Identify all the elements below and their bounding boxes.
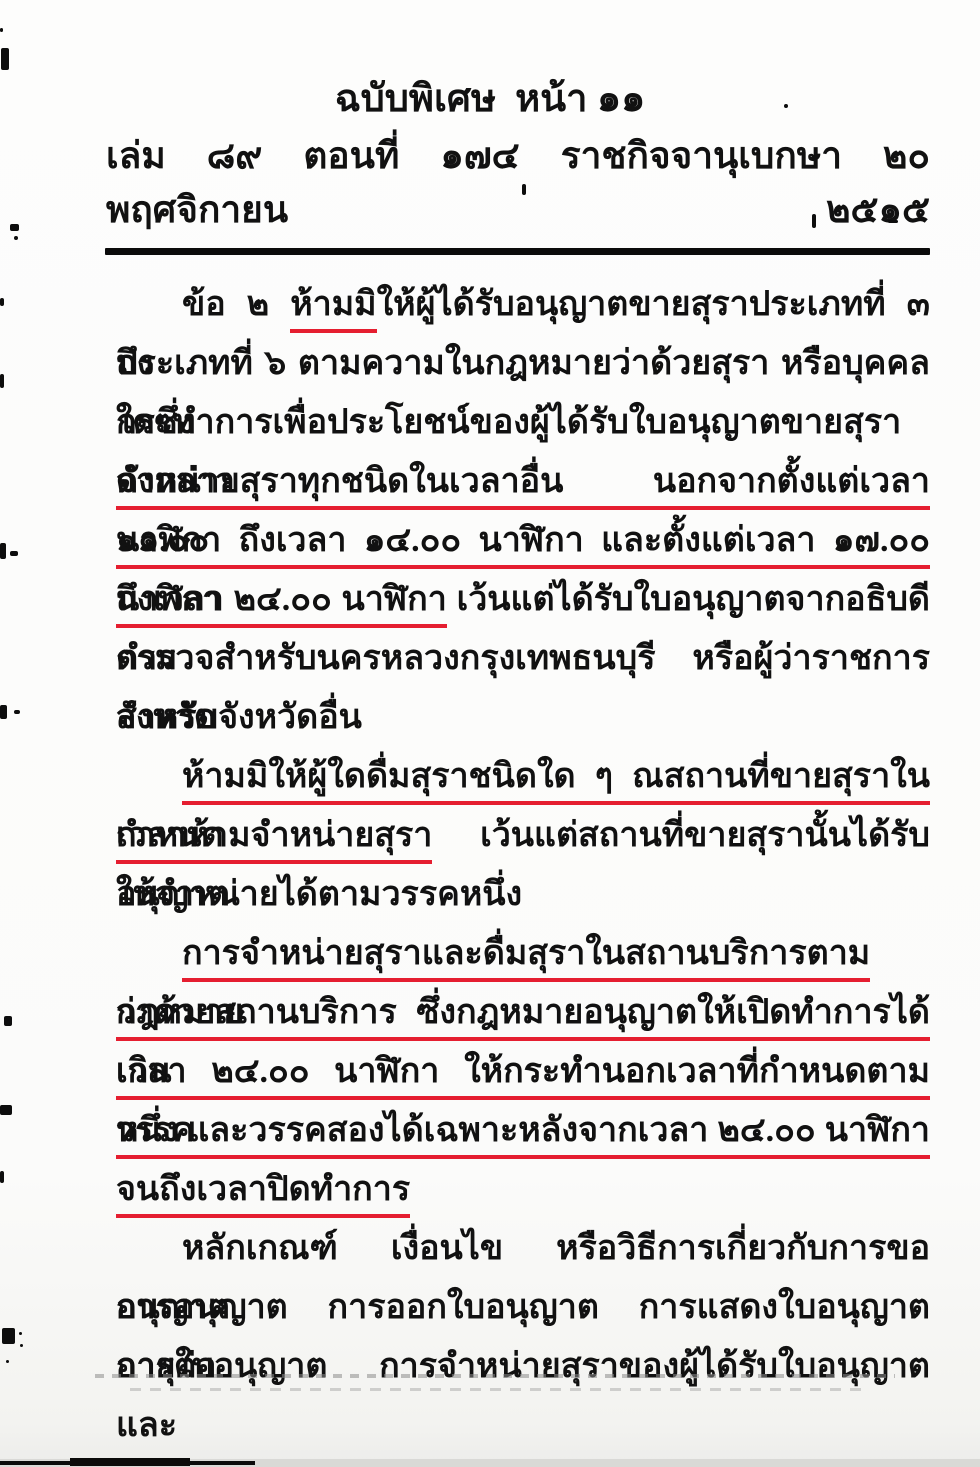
header-special-issue-page-number: ฉบับพิเศษ หน้า ๑๑ bbox=[0, 0, 980, 124]
text-line: การจำหน่ายสุราและดื่มสุราในสถานบริการตาม… bbox=[116, 924, 930, 983]
text-line: การอนุญาต การออกใบอนุญาต การแสดงใบอนุญาต… bbox=[116, 1278, 930, 1337]
text-line: เวลา ๒๔.๐๐ นาฬิกา ให้กระทำนอกเวลาที่กำหน… bbox=[116, 1042, 930, 1101]
text-segment: สำหรับจังหวัดอื่น bbox=[116, 699, 362, 736]
text-segment: ให้จำหน่ายได้ตามวรรคหนึ่ง bbox=[116, 876, 522, 913]
ink-speck bbox=[784, 104, 788, 108]
ink-speck bbox=[2, 1328, 15, 1344]
text-segment: อายุใบอนุญาต การจำหน่ายสุราของผู้ได้รับใ… bbox=[116, 1348, 930, 1444]
text-line: สำหรับจังหวัดอื่น bbox=[116, 688, 930, 747]
text-line: ข้อ ๒ ห้ามมิให้ผู้ได้รับอนุญาตขายสุราประ… bbox=[116, 275, 930, 334]
scan-bottom-edge-line bbox=[70, 1458, 190, 1466]
text-line: เวลาห้ามจำหน่ายสุรา เว้นแต่สถานที่ขายสุร… bbox=[116, 806, 930, 865]
text-line: กระทำการเพื่อประโยชน์ของผู้ได้รับใบอนุญา… bbox=[116, 393, 930, 452]
ink-speck bbox=[10, 224, 19, 231]
underlined-text-segment: ถึงเวลา ๒๔.๐๐ นาฬิกา bbox=[116, 581, 447, 628]
ink-speck bbox=[14, 710, 20, 714]
text-line: ประเภทที่ ๖ ตามความในกฎหมายว่าด้วยสุรา ห… bbox=[116, 334, 930, 393]
text-line: นาฬิกา ถึงเวลา ๑๔.๐๐ นาฬิกา และตั้งแต่เว… bbox=[116, 511, 930, 570]
text-segment: ข้อ ๒ bbox=[182, 286, 290, 323]
text-line: หลักเกณฑ์ เงื่อนไข หรือวิธีการเกี่ยวกับก… bbox=[116, 1219, 930, 1278]
ink-speck bbox=[0, 543, 6, 559]
text-line: ว่าด้วยสถานบริการ ซึ่งกฎหมายอนุญาตให้เปิ… bbox=[116, 983, 930, 1042]
header-volume-part-date: เล่ม ๘๙ ตอนที่ ๑๗๔ ราชกิจจานุเบกษา ๒๐ พฤ… bbox=[106, 130, 930, 238]
ink-speck bbox=[1, 48, 9, 70]
ink-speck bbox=[0, 1171, 4, 1183]
ink-speck bbox=[4, 1016, 12, 1026]
ink-speck bbox=[888, 220, 898, 223]
ink-speck bbox=[0, 28, 3, 32]
gazette-scan-page: ฉบับพิเศษ หน้า ๑๑ เล่ม ๘๙ ตอนที่ ๑๗๔ ราช… bbox=[0, 0, 980, 1467]
ink-speck bbox=[20, 1344, 23, 1347]
text-line: จำหน่ายสุราทุกชนิดในเวลาอื่น นอกจากตั้งแ… bbox=[116, 452, 930, 511]
underlined-text-segment: เวลาห้ามจำหน่ายสุรา bbox=[116, 817, 432, 864]
ink-speck bbox=[0, 1105, 12, 1115]
ink-speck bbox=[19, 1332, 22, 1335]
text-line: จนถึงเวลาปิดทำการ bbox=[116, 1160, 930, 1219]
text-line: ห้ามมิให้ผู้ใดดื่มสุราชนิดใด ๆ ณสถานที่ข… bbox=[116, 747, 930, 806]
scanner-noise-band bbox=[95, 1374, 895, 1378]
text-line: ตำรวจสำหรับนครหลวงกรุงเทพธนบุรี หรือผู้ว… bbox=[116, 629, 930, 688]
ink-speck bbox=[0, 705, 7, 719]
text-line: หนึ่ง และวรรคสองได้เฉพาะหลังจากเวลา ๒๔.๐… bbox=[116, 1101, 930, 1160]
scanner-noise-band bbox=[130, 1388, 870, 1391]
ink-speck bbox=[10, 551, 18, 556]
text-line: ให้จำหน่ายได้ตามวรรคหนึ่ง bbox=[116, 865, 930, 924]
text-line: ถึงเวลา ๒๔.๐๐ นาฬิกา เว้นแต่ได้รับใบอนุญ… bbox=[116, 570, 930, 629]
underlined-text-segment: จนถึงเวลาปิดทำการ bbox=[116, 1171, 410, 1218]
underlined-text-segment: หนึ่ง และวรรคสองได้เฉพาะหลังจากเวลา ๒๔.๐… bbox=[116, 1112, 930, 1159]
ink-speck bbox=[0, 298, 4, 306]
ink-speck bbox=[522, 184, 526, 195]
document-body: ข้อ ๒ ห้ามมิให้ผู้ได้รับอนุญาตขายสุราประ… bbox=[0, 255, 980, 1396]
underlined-text-segment: ห้ามมิ bbox=[290, 286, 376, 333]
ink-speck bbox=[14, 236, 18, 240]
header-divider-rule bbox=[105, 248, 930, 255]
ink-speck bbox=[812, 214, 816, 228]
ink-speck bbox=[0, 374, 4, 388]
ink-speck bbox=[6, 1360, 9, 1363]
